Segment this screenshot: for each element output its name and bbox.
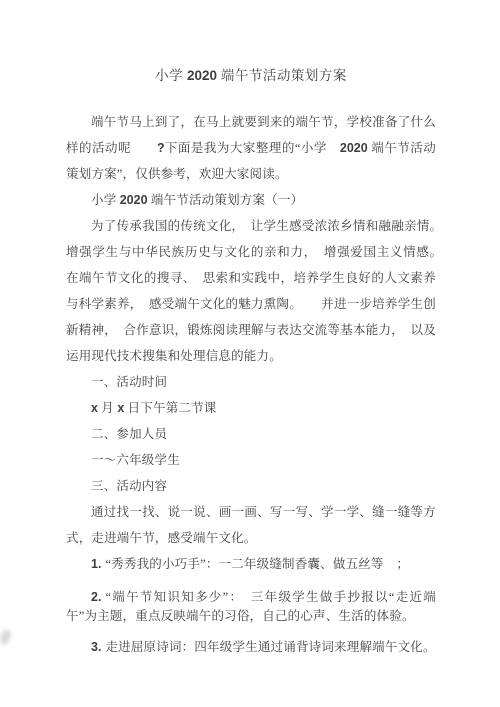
participants-value: 一～六年级学生 [66,447,436,473]
document-page: 小学 2020 端午节活动策划方案 端午节马上到了，在马上就要到来的端午节，学校… [0,0,500,660]
activity-content-intro: 通过找一找、说一说、画一画、写一写、学一学、缝一缝等方式，走进端午节，感受端午文… [66,499,436,551]
activity-content-label-text: 三、活动内容 [91,479,167,493]
activity-item-3: 3.走进屈原诗词：四年级学生通过诵背诗词来理解端午文化。 [66,634,436,660]
participants-label-text: 二、参加人员 [91,427,167,441]
section-heading-one: 小学 2020 端午节活动策划方案（一） [66,187,436,213]
item-1-text: “秀秀我的小巧手”：一二年级缝制香囊、做五丝等 ； [105,557,409,571]
document-title: 小学 2020 端午节活动策划方案 [66,65,436,87]
item-3-number: 3. [91,640,101,654]
heading-year-number: 2020 [120,193,148,207]
item-3-text: 走进屈原诗词：四年级学生通过诵背诗词来理解端午文化。 [105,640,435,654]
title-year-number: 2020 [187,68,217,83]
heading-text-pre: 小学 [91,193,120,207]
activity-time-label: 一、活动时间 [66,369,436,395]
participants-value-text: 一～六年级学生 [91,453,180,467]
document-viewport: { "colors": { "text": "#3e3e3e", "backgr… [0,0,500,707]
time-day-text: 日下午第二节课 [124,401,216,415]
intro-year-number: 2020 [340,141,368,155]
activity-item-2: 2.“端午节知识知多少”： 三年级学生做手抄报以“走近端午”为主题，重点反映端午… [66,588,436,626]
intro-question-mark: ? [157,141,165,155]
activity-time-value: x 月 x 日下午第二节课 [66,395,436,421]
activity-time-label-text: 一、活动时间 [91,375,167,389]
activity-content-intro-text: 通过找一找、说一说、画一画、写一写、学一学、缝一缝等方式，走进端午节，感受端午文… [66,505,436,545]
title-text-pre: 小学 [155,68,187,83]
activity-content-label: 三、活动内容 [66,473,436,499]
participants-label: 二、参加人员 [66,421,436,447]
item-1-number: 1. [91,557,101,571]
intro-sentence-2: 下面是我为大家整理的“小学 [165,141,340,155]
purpose-paragraph: 为了传承我国的传统文化， 让学生感受浓浓乡情和融融亲情。 增强学生与中华民族历史… [66,213,436,369]
time-month-x: x [91,401,98,415]
intro-paragraph: 端午节马上到了，在马上就要到来的端午节，学校准备了什么样的活动呢 ?下面是我为大… [66,109,436,187]
item-2-text: “端午节知识知多少”： 三年级学生做手抄报以“走近端午”为主题，重点反映端午的习… [66,590,436,623]
time-month-text: 月 [98,401,117,415]
activity-item-1: 1.“秀秀我的小巧手”：一二年级缝制香囊、做五丝等 ； [66,551,436,577]
title-text-post: 端午节活动策划方案 [217,68,347,83]
purpose-text: 为了传承我国的传统文化， 让学生感受浓浓乡情和融融亲情。 增强学生与中华民族历史… [66,219,449,363]
item-2-number: 2. [91,590,101,604]
heading-text-post: 端午节活动策划方案（一） [148,193,304,207]
